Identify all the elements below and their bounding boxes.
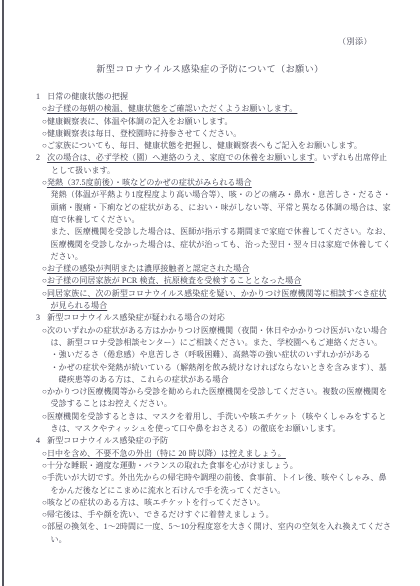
- list-item: ○健康観察表は毎日、登校園時に持参させてください。: [42, 128, 392, 140]
- item-text: 日中を含め、不要不急の外出（特に 20 時以降）は控えましょう。: [47, 449, 286, 458]
- section-number: 3: [36, 313, 40, 322]
- section-heading-text: 新型コロナウイルス感染症が疑われる場合の対応: [47, 313, 225, 322]
- section-heading: 1日常の健康状態の把握: [36, 91, 392, 103]
- list-item: ○部屋の換気を、1～2時間に一度、5～10分程度窓を大きく開け、室内の空気を入れ…: [42, 521, 392, 546]
- item-text: 同居家族に、次の新型コロナウイルス感染症を疑い、かかりつけ医療機関等に相談すべき…: [47, 289, 387, 310]
- section-heading: 2次の場合は、必ず学校（園）へ連絡のうえ、家庭での休養をお願いします。いずれも出…: [36, 152, 392, 177]
- item-text: お子様の感染が判明または濃厚接触者と認定された場合: [47, 264, 250, 273]
- section-heading-text: 新型コロナウイルス感染症の予防: [47, 436, 168, 445]
- item-text: 咳などの症状のある方は、咳エチケットを行ってください。: [47, 498, 265, 507]
- scan-edge-line: [2, 0, 4, 586]
- document-body: 1日常の健康状態の把握○お子様の毎朝の検温、健康状態をご確認いただくようお願いし…: [36, 91, 392, 546]
- section-heading: 3新型コロナウイルス感染症が疑われる場合の対応: [36, 312, 392, 324]
- item-text: 発熱（37.5度前後）・咳などのかぜの症状がみられる場合: [47, 178, 252, 187]
- dot-marker: ・: [51, 363, 59, 372]
- list-item: ○ご家族についても、毎日、健康状態を把握し、健康観察表へもご記入をお願いします。: [42, 140, 392, 152]
- section-4: 4新型コロナウイルス感染症の予防○日中を含め、不要不急の外出（特に 20 時以降…: [36, 435, 392, 546]
- item-text: 手洗いが大切です。外出先からの帰宅時や調理の前後、食事前、トイレ後、咳やくしゃみ…: [47, 473, 387, 494]
- list-item: ○お子様の同居家族が PCR 検査、抗原検査を受検することとなった場合: [42, 275, 392, 287]
- list-item: ○十分な睡眠・適度な運動・バランスの取れた食事を心がけましょう。: [42, 460, 392, 472]
- item-text: 帰宅後は、手や顔を洗い、できるだけすぐに着替えましょう。: [47, 510, 274, 519]
- list-item: ○帰宅後は、手や顔を洗い、できるだけすぐに着替えましょう。: [42, 509, 392, 521]
- item-text: 健康観察表に、体温や体調の記入をお願いします。: [47, 117, 233, 126]
- item-text: お子様の毎朝の検温、健康状態をご確認いただくようお願いします。: [47, 104, 297, 113]
- section-heading-text: 次の場合は、必ず学校（園）へ連絡のうえ、家庭での休養をお願いします: [47, 153, 314, 162]
- list-item: ○かかりつけ医療機関等から受診を勧められた医療機関を受診してください。複数の医療…: [42, 386, 392, 411]
- item-text: 健康観察表は毎日、登校園時に持参させてください。: [47, 129, 241, 138]
- list-item: ○同居家族に、次の新型コロナウイルス感染症を疑い、かかりつけ医療機関等に相談すべ…: [42, 288, 392, 313]
- list-item: ○次のいずれかの症状がある方はかかりつけ医療機関（夜間・休日やかかりつけ医がいな…: [42, 325, 392, 350]
- item-text: 部屋の換気を、1～2時間に一度、5～10分程度窓を大きく開け、室内の空気を入れ換…: [47, 522, 391, 543]
- item-text: ご家族についても、毎日、健康状態を把握し、健康観察表へもご記入をお願いします。: [47, 141, 362, 150]
- item-text: 強いだるさ（倦怠感）や息苦しさ（呼吸困難）、高熱等の強い症状のいずれかががある: [59, 350, 371, 359]
- page-title: 新型コロナウイルス感染症の予防について（お願い）: [0, 62, 420, 75]
- document-page: （別添） 新型コロナウイルス感染症の予防について（お願い） 1日常の健康状態の把…: [0, 0, 420, 586]
- list-item: ○医療機関を受診するときは、マスクを着用し、手洗いや咳エチケット（咳やくしゃみを…: [42, 411, 392, 436]
- section-heading: 4新型コロナウイルス感染症の予防: [36, 435, 392, 447]
- section-number: 4: [36, 436, 40, 445]
- section-2: 2次の場合は、必ず学校（園）へ連絡のうえ、家庭での休養をお願いします。いずれも出…: [36, 152, 392, 312]
- list-item: ○手洗いが大切です。外出先からの帰宅時や調理の前後、食事前、トイレ後、咳やくしゃ…: [42, 472, 392, 497]
- section-3: 3新型コロナウイルス感染症が疑われる場合の対応○次のいずれかの症状がある方はかか…: [36, 312, 392, 435]
- list-item: ○お子様の感染が判明または濃厚接触者と認定された場合: [42, 263, 392, 275]
- item-text: かかりつけ医療機関等から受診を勧められた医療機関を受診してください。複数の医療機…: [47, 387, 387, 408]
- list-item: ○日中を含め、不要不急の外出（特に 20 時以降）は控えましょう。: [42, 448, 392, 460]
- list-item: ・強いだるさ（倦怠感）や息苦しさ（呼吸困難）、高熱等の強い症状のいずれかががある: [51, 349, 393, 361]
- item-text: 発熱（体温が平熱より1度程度より高い場合等）、咳・のどの痛み・鼻水・息苦しさ・だ…: [51, 190, 391, 224]
- item-text: お子様の同居家族が PCR 検査、抗原検査を受検することとなった場合: [47, 276, 302, 285]
- list-item: ○健康観察表に、体温や体調の記入をお願いします。: [42, 116, 392, 128]
- dot-marker: ・: [51, 350, 59, 359]
- item-text: 十分な睡眠・適度な運動・バランスの取れた食事を心がけましょう。: [47, 461, 298, 470]
- list-item: 発熱（体温が平熱より1度程度より高い場合等）、咳・のどの痛み・鼻水・息苦しさ・だ…: [51, 189, 393, 226]
- list-item: ○発熱（37.5度前後）・咳などのかぜの症状がみられる場合: [42, 177, 392, 189]
- corner-note: （別添）: [338, 36, 372, 47]
- item-text: 医療機関を受診するときは、マスクを着用し、手洗いや咳エチケット（咳やくしゃみをす…: [47, 412, 386, 433]
- section-1: 1日常の健康状態の把握○お子様の毎朝の検温、健康状態をご確認いただくようお願いし…: [36, 91, 392, 152]
- section-number: 1: [36, 92, 40, 101]
- list-item: ○お子様の毎朝の検温、健康状態をご確認いただくようお願いします。: [42, 103, 392, 115]
- list-item: ○咳などの症状のある方は、咳エチケットを行ってください。: [42, 497, 392, 509]
- section-number: 2: [36, 153, 40, 162]
- item-text: また、医療機関を受診した場合は、医師が指示する期間まで家庭で休養してください。な…: [51, 227, 391, 261]
- list-item: ・かぜの症状や発熱が続いている（解熱剤を飲み続けなければならないときを含みます）…: [51, 362, 393, 387]
- item-text: かぜの症状や発熱が続いている（解熱剤を飲み続けなければならないときを含みます）、…: [59, 363, 387, 384]
- section-heading-text: 日常の健康状態の把握: [47, 92, 128, 101]
- list-item: また、医療機関を受診した場合は、医師が指示する期間まで家庭で休養してください。な…: [51, 226, 393, 263]
- item-text: 次のいずれかの症状がある方はかかりつけ医療機関（夜間・休日やかかりつけ医がいない…: [47, 326, 387, 347]
